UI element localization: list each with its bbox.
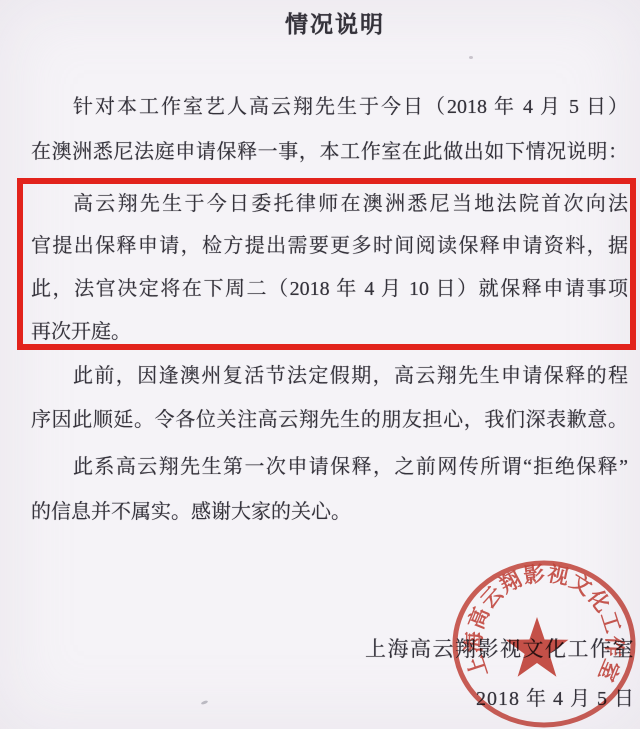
paragraph-line: 在澳洲悉尼法庭申请保释一事，本工作室在此做出如下情况说明： — [31, 137, 628, 167]
boxed-paragraph-line: 官提出保释申请，检方提出需要更多时间阅读保释申请资料，据 — [31, 231, 628, 261]
official-seal: 上海高云翔影视文化工作室 — [440, 550, 640, 729]
boxed-paragraph-line: 高云翔先生于今日委托律师在澳洲悉尼当地法院首次向法 — [31, 189, 628, 219]
paragraph-line: 序因此顺延。令各位关注高云翔先生的朋友担心，我们深表歉意。 — [31, 405, 628, 435]
boxed-paragraph-line: 再次开庭。 — [31, 317, 628, 347]
scan-speck — [469, 56, 473, 59]
paragraph-line: 此系高云翔先生第一次申请保释，之前网传所谓“拒绝保释” — [31, 452, 628, 482]
seal-star-icon — [506, 617, 569, 677]
boxed-paragraph-line: 此，法官决定将在下周二（2018 年 4 月 10 日）就保释申请事项 — [31, 274, 628, 304]
document-page: 情况说明 针对本工作室艺人高云翔先生于今日（2018 年 4 月 5 日） 在澳… — [0, 0, 640, 729]
document-title: 情况说明 — [30, 6, 640, 39]
paragraph-line: 此前，因逢澳州复活节法定假期，高云翔先生申请保释的程 — [31, 361, 628, 391]
paragraph-line: 针对本工作室艺人高云翔先生于今日（2018 年 4 月 5 日） — [31, 92, 628, 122]
paragraph-line: 的信息并不属实。感谢大家的关心。 — [31, 497, 628, 527]
